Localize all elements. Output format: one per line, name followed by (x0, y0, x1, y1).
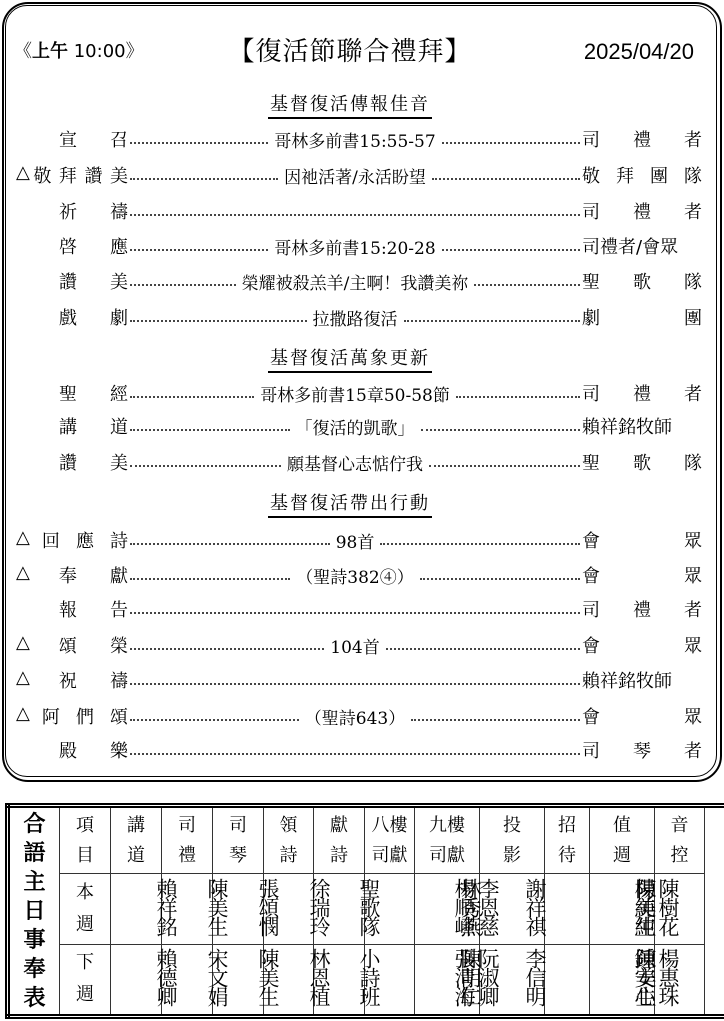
leader-char: 司禮者/會眾 (582, 233, 678, 259)
duty-cell: 陳樹花楊純純 (545, 874, 590, 944)
order-item-leader: 賴祥銘牧師 (582, 413, 702, 439)
order-item-detail: （聖詩382④） (292, 563, 417, 588)
header-text: 八樓 (365, 811, 414, 841)
dot-leader (130, 142, 268, 144)
label-char: 祈 (59, 198, 77, 224)
header-text: 投 (480, 811, 544, 841)
order-item: 啓應哥林多前書15:20-28司禮者/會眾 (16, 231, 702, 261)
header-text: 司 (162, 811, 212, 841)
dot-leader (130, 396, 254, 398)
duty-roster-table: 合語主日事奉表項目講道司禮司琴領詩獻詩八樓司獻九樓司獻投影招待值週音控本週賴祥銘… (5, 803, 724, 1019)
person-name: 陳美生 (634, 948, 656, 1005)
dot-leader (130, 719, 299, 721)
duty-names: 陳美生 (590, 878, 656, 935)
header-text: 領 (264, 811, 313, 841)
person-name: 林秀燕 (459, 878, 481, 935)
header-text: 待 (545, 841, 589, 871)
leader-char: 團 (684, 304, 702, 330)
column-header: 投影 (480, 811, 544, 871)
duty-names: 陳美生 (590, 948, 656, 1005)
order-item: 聖經哥林多前書15章50-58節司禮者 (16, 378, 702, 408)
title-char: 表 (10, 984, 59, 1013)
label-char: 召 (110, 126, 128, 152)
duty-cell: 謝祥祺 (480, 874, 545, 944)
order-item-detail: 98首 (332, 528, 379, 553)
section-heading: 基督復活傳報佳音 (0, 92, 700, 118)
order-item-detail: 願基督心志惦佇我 (283, 450, 427, 475)
duty-cell: 宋文娟 (162, 944, 213, 1016)
dot-leader (429, 465, 580, 467)
service-date: 2025/04/20 (584, 36, 694, 68)
dot-leader (130, 753, 580, 755)
order-item-label: △祝禱 (16, 667, 128, 693)
person-name: 謝祥祺 (524, 878, 546, 935)
column-header-8: 招待 (545, 806, 590, 874)
spacer (16, 737, 26, 763)
label-char: 美 (110, 162, 128, 188)
header-text: 項 (60, 811, 110, 841)
order-item-leader: 司禮者 (582, 126, 702, 152)
leader-char: 賴祥銘牧師 (582, 667, 672, 693)
label-char: 獻 (110, 562, 128, 588)
dot-leader (130, 465, 281, 467)
leader-char: 者 (684, 737, 702, 763)
order-item: 報告司禮者 (16, 594, 702, 624)
order-item-detail: （聖詩643） (301, 704, 409, 729)
label-char: 告 (110, 596, 128, 622)
order-item-label: △阿們頌 (16, 703, 128, 729)
order-item-detail: 拉撒路復活 (309, 305, 402, 330)
dot-leader (404, 320, 581, 322)
dot-leader (420, 578, 580, 580)
item-header-cell: 項目 (60, 806, 111, 874)
row-label-char: 下 (60, 947, 110, 979)
row-label: 下週 (60, 947, 110, 1011)
order-item-leader: 敬拜團隊 (582, 162, 702, 188)
order-item: △頌榮104首會眾 (16, 630, 702, 660)
column-header-4: 獻詩 (314, 806, 365, 874)
duty-cell: 賴德卿 (111, 944, 162, 1016)
order-item-leader: 聖歌隊 (582, 449, 702, 475)
order-item-detail: 因祂活著/永活盼望 (280, 163, 430, 188)
order-item-label: 聖經 (16, 380, 128, 406)
order-item: 讚美榮耀被殺羔羊/主啊！我讚美祢聖歌隊 (16, 266, 702, 296)
dot-leader (380, 543, 580, 545)
order-item-label: △敬拜讚美 (16, 162, 128, 188)
leader-char: 禮 (633, 380, 651, 406)
title-char: 主 (10, 868, 59, 897)
order-item: 讚美願基督心志惦佇我聖歌隊 (16, 447, 702, 477)
person-name: 陳美生 (634, 878, 656, 935)
order-item-label: 殿樂 (16, 737, 128, 763)
column-header-5: 八樓司獻 (365, 806, 415, 874)
leader-char: 聖 (582, 268, 600, 294)
duty-cell: 林秀燕 (415, 874, 480, 944)
order-item-leader: 會眾 (582, 632, 702, 658)
dot-leader (386, 648, 580, 650)
duty-cell: 聖歌隊 (314, 874, 365, 944)
leader-char: 團 (650, 162, 668, 188)
duty-names: 朱雅婷朱雅筠 (655, 878, 724, 935)
order-item-label: 戲劇 (16, 304, 128, 330)
section-title: 基督復活傳報佳音 (268, 94, 432, 119)
order-item-label: 講道 (16, 413, 128, 439)
leader-char: 眾 (684, 527, 702, 553)
leader-char: 賴祥銘牧師 (582, 413, 672, 439)
label-char: 禱 (110, 198, 128, 224)
duty-cell: 朱雅婷朱雅筠 (655, 874, 705, 944)
leader-char: 隊 (684, 449, 702, 475)
header-text: 講 (111, 811, 161, 841)
column-header: 領詩 (264, 811, 313, 871)
leader-char: 眾 (684, 632, 702, 658)
duty-cell: 陳美生 (590, 874, 655, 944)
label-char: 阿 (42, 703, 60, 729)
leader-char: 者 (684, 126, 702, 152)
section-title: 基督復活萬象更新 (268, 348, 432, 373)
duty-cell: 陳美生 (213, 944, 264, 1016)
column-header-2: 司琴 (213, 806, 264, 874)
dot-leader (421, 429, 581, 431)
row-label: 本週 (60, 877, 110, 941)
label-char: 禱 (110, 667, 128, 693)
header-text: 九樓 (415, 811, 479, 841)
table-header-row: 合語主日事奉表項目講道司禮司琴領詩獻詩八樓司獻九樓司獻投影招待值週音控 (8, 806, 724, 874)
column-header: 司琴 (213, 811, 263, 871)
leader-char: 琴 (633, 737, 651, 763)
spacer (16, 198, 26, 224)
spacer (16, 268, 26, 294)
header-text: 道 (111, 841, 161, 871)
order-item-detail: 「復活的凱歌」 (292, 414, 419, 439)
label-char: 啓 (59, 233, 77, 259)
leader-char: 會 (582, 632, 600, 658)
duty-cell: 阮淑卿張清海 (365, 944, 415, 1016)
column-header-3: 領詩 (264, 806, 314, 874)
column-header-9: 值週 (590, 806, 655, 874)
row-label-char: 週 (60, 909, 110, 941)
roster-title: 合語主日事奉表 (10, 810, 59, 1013)
header-text: 禮 (162, 841, 212, 871)
duty-cell: 小詩班 (314, 944, 365, 1016)
dot-leader (432, 178, 580, 180)
label-char: 殿 (59, 737, 77, 763)
order-item-leader: 賴祥銘牧師 (582, 667, 702, 693)
column-header: 九樓司獻 (415, 811, 479, 871)
duty-cell: 林恩植 (264, 944, 314, 1016)
order-item-leader: 司禮者/會眾 (582, 233, 702, 259)
label-char: 奉 (59, 562, 77, 588)
order-item-leader: 司琴者 (582, 737, 702, 763)
label-char: 美 (110, 268, 128, 294)
label-char: 應 (110, 233, 128, 259)
section-heading: 基督復活帶出行動 (0, 491, 700, 517)
order-item-label: △回應詩 (16, 527, 128, 553)
order-item-detail: 104首 (326, 633, 383, 658)
leader-char: 歌 (633, 268, 651, 294)
label-char: 樂 (110, 737, 128, 763)
title-char: 事 (10, 926, 59, 955)
dot-leader (130, 214, 580, 216)
label-char: 祝 (59, 667, 77, 693)
label-char: 應 (76, 527, 94, 553)
header-text: 影 (480, 841, 544, 871)
duty-cell: 李信明 (480, 944, 545, 1016)
order-item: △祝禱賴祥銘牧師 (16, 665, 702, 695)
dot-leader (130, 284, 236, 286)
header-text: 琴 (213, 841, 263, 871)
dot-leader (442, 249, 580, 251)
duty-cell: 徐瑞玲 (264, 874, 314, 944)
label-char: 美 (110, 449, 128, 475)
leader-char: 司 (582, 737, 600, 763)
dot-leader (474, 284, 580, 286)
spacer (16, 233, 26, 259)
row-label-char: 本 (60, 877, 110, 909)
order-item: 講道「復活的凱歌」賴祥銘牧師 (16, 411, 702, 441)
column-header: 招待 (545, 811, 589, 871)
order-item: △阿們頌（聖詩643）會眾 (16, 701, 702, 731)
spacer (16, 413, 26, 439)
order-item-leader: 司禮者 (582, 380, 702, 406)
order-item: 戲劇拉撒路復活劇團 (16, 302, 702, 332)
order-item-detail: 榮耀被殺羔羊/主啊！我讚美祢 (238, 269, 473, 294)
leader-char: 眾 (684, 562, 702, 588)
order-item-label: 讚美 (16, 449, 128, 475)
section-title: 基督復活帶出行動 (268, 493, 432, 518)
dot-leader (130, 178, 278, 180)
dot-leader (130, 683, 580, 685)
column-header-0: 講道 (111, 806, 162, 874)
label-char: 榮 (110, 632, 128, 658)
order-item: △奉獻（聖詩382④）會眾 (16, 560, 702, 590)
column-header-10: 音控 (655, 806, 705, 874)
leader-char: 者 (684, 198, 702, 224)
duty-cell: 楊惠珠鍾安心 (545, 944, 590, 1016)
order-item: △回應詩98首會眾 (16, 525, 702, 555)
roster-title-cell: 合語主日事奉表 (8, 806, 60, 1017)
duty-cell: 賴祥銘 (111, 874, 162, 944)
column-header-7: 投影 (480, 806, 545, 874)
dot-leader (442, 142, 580, 144)
label-char: 頌 (110, 703, 128, 729)
congregation-stand-marker-icon: △ (16, 162, 30, 188)
congregation-stand-marker-icon: △ (16, 562, 30, 588)
label-char: 回 (42, 527, 60, 553)
title-char: 奉 (10, 955, 59, 984)
title-char: 語 (10, 839, 59, 868)
header-text: 值 (590, 811, 654, 841)
leader-char: 劇 (582, 304, 600, 330)
order-item-label: 祈禱 (16, 198, 128, 224)
congregation-stand-marker-icon: △ (16, 632, 30, 658)
spacer (16, 380, 26, 406)
leader-char: 歌 (633, 449, 651, 475)
label-char: 經 (110, 380, 128, 406)
congregation-stand-marker-icon: △ (16, 527, 30, 553)
label-char: 讚 (84, 162, 102, 188)
leader-char: 司 (582, 198, 600, 224)
label-char: 報 (59, 596, 77, 622)
order-item-detail: 哥林多前書15章50-58節 (256, 381, 454, 406)
order-item-leader: 司禮者 (582, 198, 702, 224)
order-item-leader: 會眾 (582, 527, 702, 553)
order-item: △敬拜讚美因祂活著/永活盼望敬拜團隊 (16, 160, 702, 190)
header-text: 司 (213, 811, 263, 841)
label-char: 戲 (59, 304, 77, 330)
dot-leader (456, 396, 580, 398)
person-name: 陳明仁 (459, 948, 481, 1005)
column-header: 獻詩 (314, 811, 364, 871)
leader-char: 司 (582, 596, 600, 622)
dot-leader (130, 320, 307, 322)
spacer (16, 126, 26, 152)
label-char: 讚 (59, 268, 77, 294)
column-header-6: 九樓司獻 (415, 806, 480, 874)
label-char: 詩 (110, 527, 128, 553)
header-text: 招 (545, 811, 589, 841)
column-header: 值週 (590, 811, 654, 871)
leader-char: 司 (582, 126, 600, 152)
dot-leader (130, 249, 268, 251)
header-text: 司獻 (365, 841, 414, 871)
header-text: 週 (590, 841, 654, 871)
congregation-stand-marker-icon: △ (16, 703, 30, 729)
order-item: 祈禱司禮者 (16, 196, 702, 226)
order-item-detail: 哥林多前書15:55-57 (270, 127, 439, 152)
leader-char: 禮 (633, 596, 651, 622)
column-header: 講道 (111, 811, 161, 871)
duty-names: 謝祥祺 (480, 878, 546, 935)
column-header-1: 司禮 (162, 806, 213, 874)
duty-cell: 朱雅婷朱雅筠 (655, 944, 705, 1016)
header-text: 詩 (264, 841, 313, 871)
order-item-leader: 會眾 (582, 562, 702, 588)
leader-char: 者 (684, 596, 702, 622)
leader-char: 敬 (582, 162, 600, 188)
row-label-cell: 本週 (60, 874, 111, 944)
dot-leader (130, 612, 580, 614)
row-label-cell: 下週 (60, 944, 111, 1016)
leader-char: 會 (582, 703, 600, 729)
spacer (16, 596, 26, 622)
duty-names: 陳明仁 (415, 948, 481, 1005)
label-char: 敬 (33, 162, 51, 188)
order-item-leader: 聖歌隊 (582, 268, 702, 294)
dot-leader (411, 719, 580, 721)
order-item: 殿樂司琴者 (16, 735, 702, 765)
leader-char: 禮 (633, 198, 651, 224)
order-item-leader: 劇團 (582, 304, 702, 330)
leader-char: 司 (582, 380, 600, 406)
order-item-detail: 哥林多前書15:20-28 (270, 234, 439, 259)
dot-leader (130, 543, 330, 545)
duty-cell: 張頌憫 (213, 874, 264, 944)
spacer (16, 304, 26, 330)
spacer (16, 449, 26, 475)
duty-cell: 陳明仁 (415, 944, 480, 1016)
row-label-char: 週 (60, 979, 110, 1011)
dot-leader (130, 648, 324, 650)
duty-cell: 陳美生 (162, 874, 213, 944)
dot-leader (130, 429, 290, 431)
leader-char: 會 (582, 527, 600, 553)
duty-names: 李信明 (480, 948, 546, 1005)
label-char: 聖 (59, 380, 77, 406)
dot-leader (130, 578, 290, 580)
table-row-next-week: 下週賴德卿宋文娟陳美生林恩植小詩班阮淑卿張清海陳明仁李信明楊惠珠鍾安心陳美生朱雅… (8, 944, 724, 1016)
person-name: 李信明 (524, 948, 546, 1005)
duty-cell: 李恩慈楊順峰 (365, 874, 415, 944)
leader-char: 眾 (684, 703, 702, 729)
leader-char: 隊 (684, 162, 702, 188)
section-heading: 基督復活萬象更新 (0, 346, 700, 372)
duty-cell: 陳美生 (590, 944, 655, 1016)
order-item-label: 報告 (16, 596, 128, 622)
order-item-label: △頌榮 (16, 632, 128, 658)
leader-char: 聖 (582, 449, 600, 475)
column-header: 音控 (655, 811, 704, 871)
order-item-label: 啓應 (16, 233, 128, 259)
title-char: 日 (10, 897, 59, 926)
leader-char: 者 (684, 380, 702, 406)
column-header: 八樓司獻 (365, 811, 414, 871)
order-item: 宣召哥林多前書15:55-57司禮者 (16, 124, 702, 154)
column-header: 司禮 (162, 811, 212, 871)
duty-names: 朱雅婷朱雅筠 (655, 948, 724, 1005)
table-row-this-week: 本週賴祥銘陳美生張頌憫徐瑞玲聖歌隊李恩慈楊順峰林秀燕謝祥祺陳樹花楊純純陳美生朱雅… (8, 874, 724, 944)
label-char: 拜 (59, 162, 77, 188)
title-char: 合 (10, 810, 59, 839)
duty-names: 林秀燕 (415, 878, 481, 935)
header-text: 獻 (314, 811, 364, 841)
item-header: 項目 (60, 811, 110, 871)
header-text: 音 (655, 811, 704, 841)
label-char: 宣 (59, 126, 77, 152)
order-item-label: △奉獻 (16, 562, 128, 588)
order-item-leader: 會眾 (582, 703, 702, 729)
leader-char: 禮 (633, 126, 651, 152)
label-char: 們 (76, 703, 94, 729)
header-text: 控 (655, 841, 704, 871)
leader-char: 會 (582, 562, 600, 588)
order-item-label: 宣召 (16, 126, 128, 152)
label-char: 讚 (59, 449, 77, 475)
leader-char: 隊 (684, 268, 702, 294)
header-text: 詩 (314, 841, 364, 871)
header-text: 司獻 (415, 841, 479, 871)
header-text: 目 (60, 841, 110, 871)
label-char: 頌 (59, 632, 77, 658)
label-char: 道 (110, 413, 128, 439)
order-item-leader: 司禮者 (582, 596, 702, 622)
label-char: 講 (59, 413, 77, 439)
label-char: 劇 (110, 304, 128, 330)
leader-char: 拜 (616, 162, 634, 188)
order-item-label: 讚美 (16, 268, 128, 294)
congregation-stand-marker-icon: △ (16, 667, 30, 693)
